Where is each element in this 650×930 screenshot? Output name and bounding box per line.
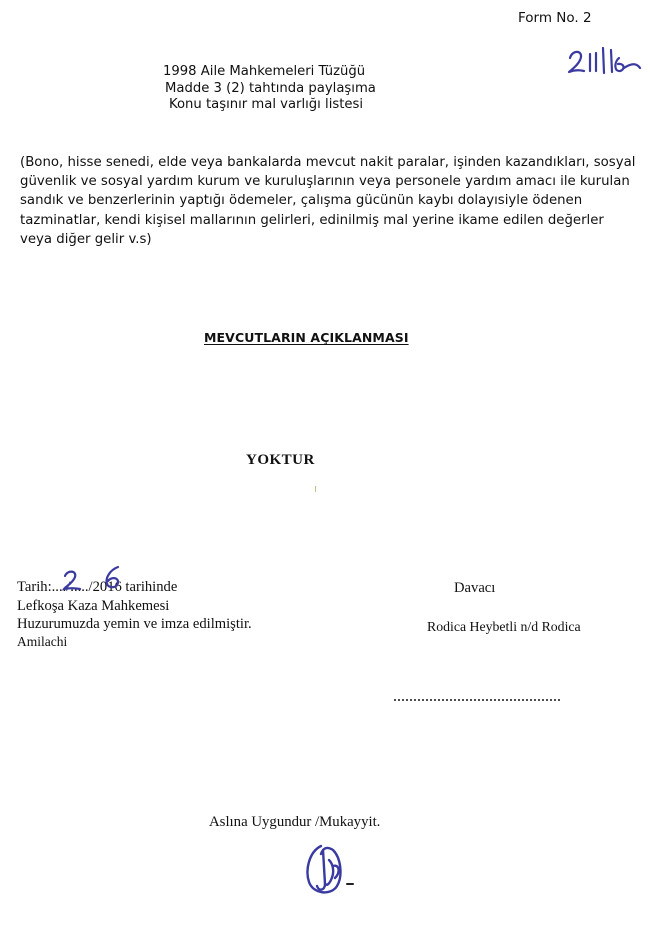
signature-line (393, 699, 561, 701)
handwritten-month-icon (102, 564, 124, 590)
handwritten-reference-icon (566, 40, 646, 80)
certification-text: Aslına Uygundur /Mukayyit. (209, 814, 380, 831)
oath-statement: Huzurumuzda yemin ve imza edilmiştir. (17, 615, 252, 634)
handwritten-month (102, 564, 124, 596)
registrar-signature (303, 840, 363, 903)
section-heading: MEVCUTLARIN AÇIKLANMASI (204, 330, 409, 345)
section-content: YOKTUR (246, 452, 315, 469)
handwritten-day (61, 568, 83, 598)
document-title: 1998 Aile Mahkemeleri Tüzüğü Madde 3 (2)… (163, 64, 376, 114)
form-number: Form No. 2 (518, 10, 592, 26)
officer-name: Amilachi (17, 634, 252, 650)
signature-icon (303, 840, 363, 898)
title-line-1: 1998 Aile Mahkemeleri Tüzüğü (163, 64, 376, 81)
plaintiff-name: Rodica Heybetli n/d Rodica (427, 619, 581, 635)
date-prefix: Tarih: (17, 579, 52, 595)
asset-description: (Bono, hisse senedi, elde veya bankalard… (20, 153, 640, 249)
date-line: Tarih:..../...../2016 tarihinde (17, 578, 252, 597)
handwritten-reference (566, 40, 646, 85)
oath-block: Tarih:..../...../2016 tarihinde Lefkoşa … (17, 578, 252, 650)
scan-mark (315, 486, 316, 492)
title-line-2: Madde 3 (2) tahtında paylaşıma (163, 81, 376, 98)
handwritten-day-icon (61, 568, 83, 592)
title-line-3: Konu taşınır mal varlığı listesi (163, 97, 376, 114)
court-name: Lefkoşa Kaza Mahkemesi (17, 597, 252, 616)
plaintiff-label: Davacı (454, 580, 495, 597)
